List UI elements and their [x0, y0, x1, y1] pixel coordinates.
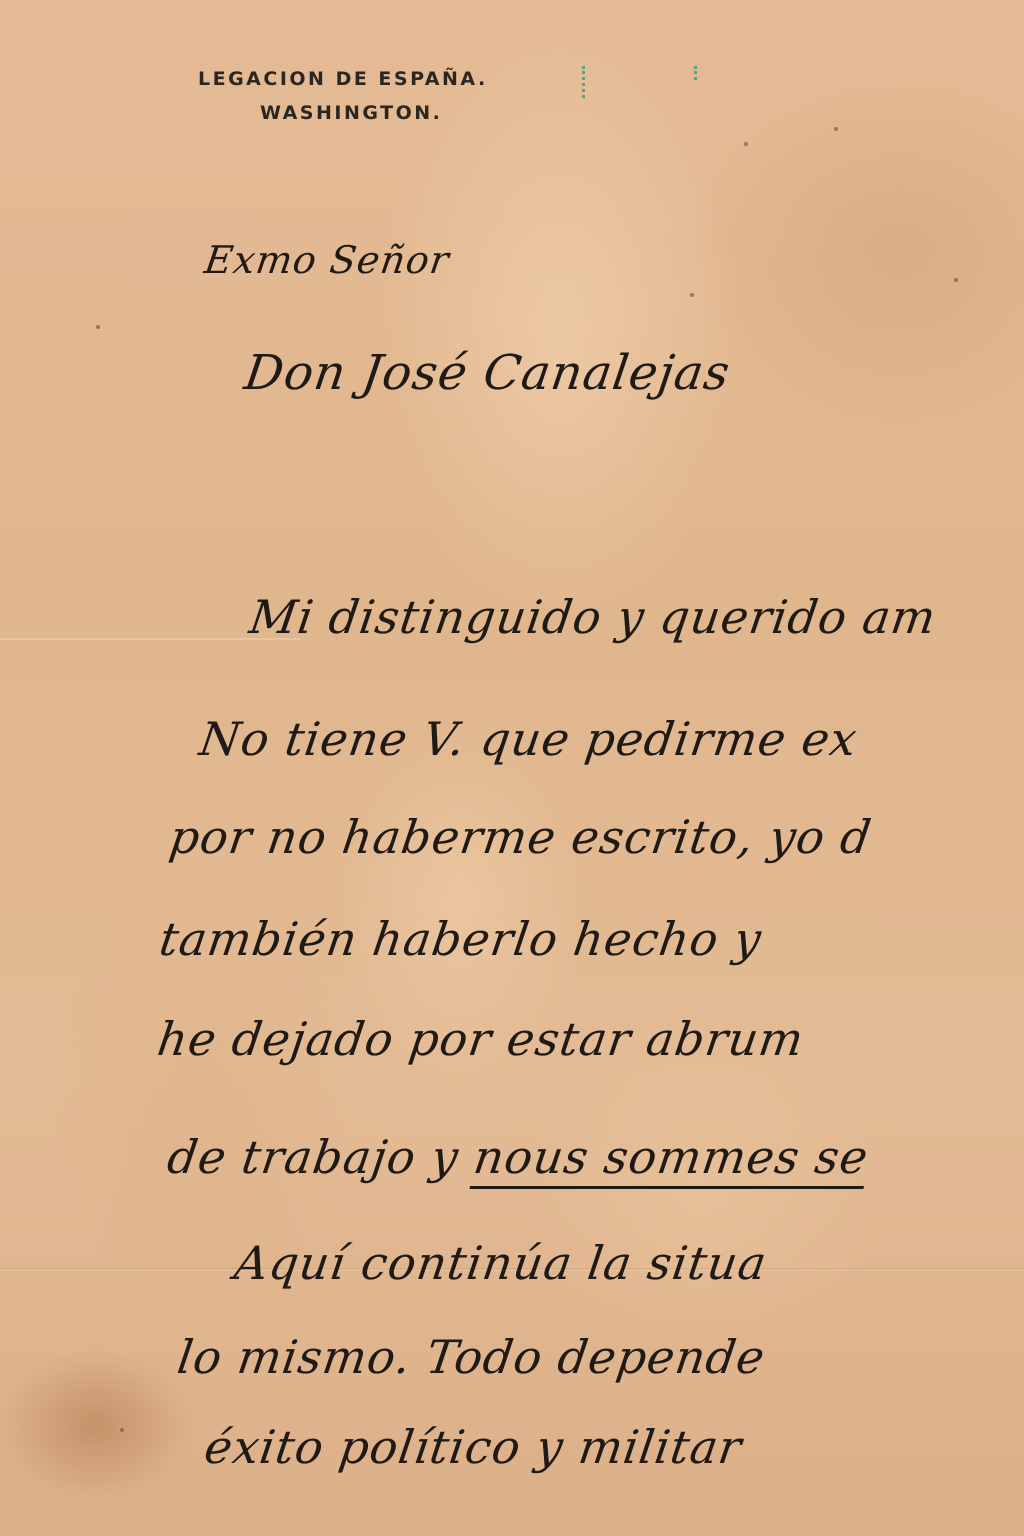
body-line: he dejado por estar abrum — [154, 1012, 807, 1066]
paper-speck — [96, 325, 100, 329]
body-line: por no haberme escrito, yo d — [166, 810, 875, 864]
aged-paper-background — [0, 0, 1024, 1536]
body-line: lo mismo. Todo depende — [174, 1330, 769, 1384]
letterhead-line-1: LEGACION DE ESPAÑA. — [198, 62, 488, 96]
green-ink-mark — [694, 66, 702, 80]
body-line: de trabajo y nous sommes se — [164, 1130, 872, 1184]
body-line-text: de trabajo y — [164, 1130, 462, 1184]
body-line: Mi distinguido y querido am — [246, 590, 940, 644]
body-line: Aquí continúa la situa — [231, 1236, 770, 1290]
recipient-name: Don José Canalejas — [241, 345, 734, 401]
body-line: éxito político y militar — [201, 1420, 745, 1474]
underlined-phrase: nous sommes se — [470, 1130, 872, 1189]
paper-speck — [954, 278, 958, 282]
paper-speck — [120, 1428, 124, 1432]
salutation-title: Exmo Señor — [202, 238, 452, 282]
paper-speck — [744, 142, 748, 146]
body-line: No tiene V. que pedirme ex — [196, 712, 861, 766]
body-line: también haberlo hecho y — [156, 912, 765, 966]
letterhead: LEGACION DE ESPAÑA. WASHINGTON. — [198, 62, 488, 130]
paper-speck — [690, 293, 694, 297]
paper-speck — [834, 127, 838, 131]
letterhead-line-2: WASHINGTON. — [198, 96, 488, 130]
green-ink-mark — [582, 66, 590, 98]
